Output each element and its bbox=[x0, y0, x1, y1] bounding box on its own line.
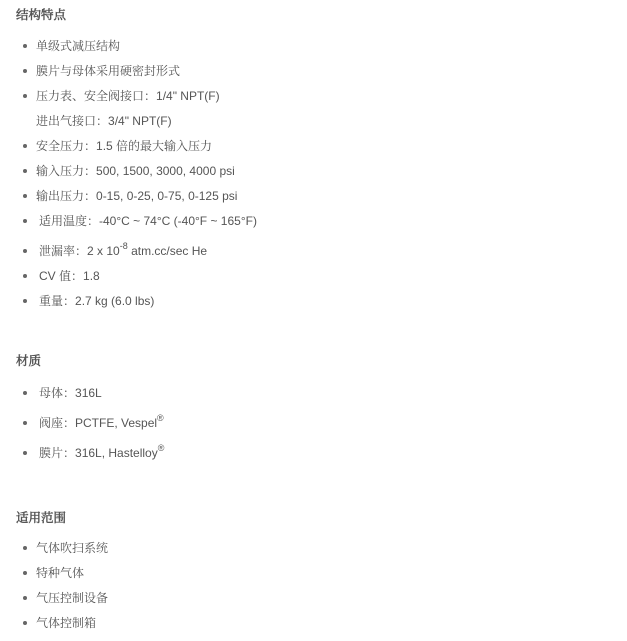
bullet-icon bbox=[23, 621, 27, 625]
registered-mark: ® bbox=[158, 443, 165, 453]
item-label: 母体： bbox=[39, 386, 75, 400]
bullet-icon bbox=[23, 194, 27, 198]
item-label: 气体控制箱 bbox=[36, 614, 96, 632]
item-value: 2 x 10 bbox=[87, 244, 120, 258]
bullet-icon bbox=[23, 596, 27, 600]
item-value: 316L bbox=[75, 386, 102, 400]
item-label: 单级式减压结构 bbox=[36, 39, 120, 53]
bullet-icon bbox=[23, 44, 27, 48]
bullet-icon bbox=[23, 249, 27, 253]
bullet-icon bbox=[23, 274, 27, 278]
item-label: 膜片与母体采用硬密封形式 bbox=[36, 64, 180, 78]
item-label: 输出压力： bbox=[36, 189, 96, 203]
item-label: 适用温度： bbox=[39, 214, 99, 228]
item-value: 1.8 bbox=[83, 269, 100, 283]
item-label: 输入压力： bbox=[36, 164, 96, 178]
bullet-icon bbox=[23, 69, 27, 73]
item-label: CV 值： bbox=[39, 269, 83, 283]
bullet-icon bbox=[23, 94, 27, 98]
item-label: 气压控制设备 bbox=[36, 589, 108, 607]
bullet-icon bbox=[23, 299, 27, 303]
item-label: 膜片： bbox=[39, 446, 75, 460]
item-value: 500, 1500, 3000, 4000 psi bbox=[96, 164, 235, 178]
bullet-icon bbox=[23, 219, 27, 223]
bullet-icon bbox=[23, 169, 27, 173]
item-value: -40°C ~ 74°C (-40°F ~ 165°F) bbox=[99, 214, 257, 228]
item-label: 阀座： bbox=[39, 416, 75, 430]
item-value: 2.7 kg (6.0 lbs) bbox=[75, 294, 154, 308]
item-label: 泄漏率： bbox=[39, 244, 87, 258]
item-value: 3/4" NPT(F) bbox=[108, 114, 172, 128]
item-value: 316L, Hastelloy bbox=[75, 446, 158, 460]
bullet-icon bbox=[23, 144, 27, 148]
item-label: 特种气体 bbox=[36, 564, 84, 582]
registered-mark: ® bbox=[157, 413, 164, 423]
item-value: 1/4" NPT(F) bbox=[156, 89, 220, 103]
item-label: 重量： bbox=[39, 294, 75, 308]
section-title-materials: 材质 bbox=[16, 351, 41, 369]
bullet-icon bbox=[23, 451, 27, 455]
item-label: 进出气接口： bbox=[36, 114, 108, 128]
item-label: 压力表、安全阀接口： bbox=[36, 89, 156, 103]
exponent: -8 bbox=[120, 241, 128, 251]
item-label: 气体吹扫系统 bbox=[36, 539, 108, 557]
item-value: PCTFE, Vespel bbox=[75, 416, 157, 430]
section-title-applications: 适用范围 bbox=[16, 508, 66, 526]
bullet-icon bbox=[23, 421, 27, 425]
bullet-icon bbox=[23, 391, 27, 395]
item-value: 1.5 倍的最大输入压力 bbox=[96, 139, 212, 153]
bullet-icon bbox=[23, 546, 27, 550]
item-label: 安全压力： bbox=[36, 139, 96, 153]
section-title-features: 结构特点 bbox=[16, 5, 66, 23]
item-value: 0-15, 0-25, 0-75, 0-125 psi bbox=[96, 189, 237, 203]
bullet-icon bbox=[23, 571, 27, 575]
item-value-unit: atm.cc/sec He bbox=[128, 244, 207, 258]
